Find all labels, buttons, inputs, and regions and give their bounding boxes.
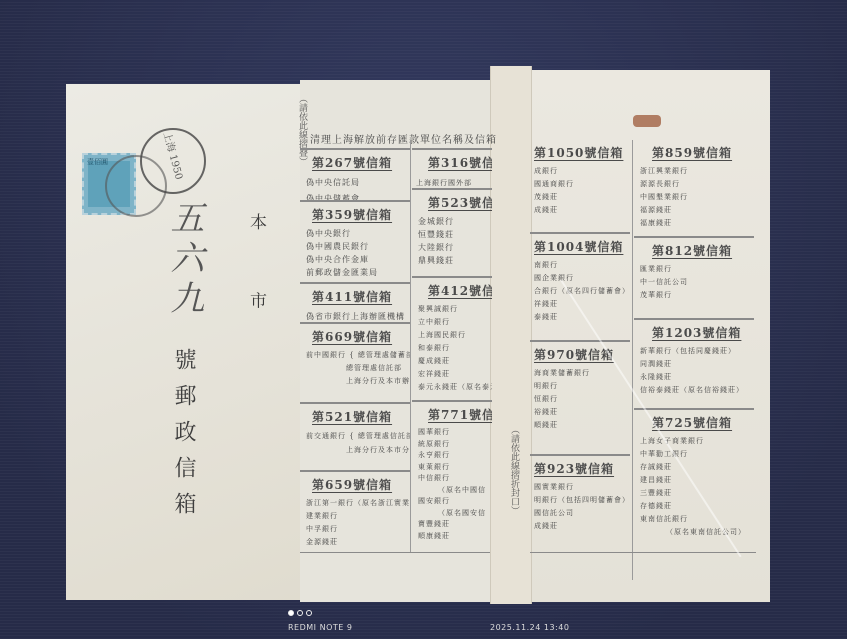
box-line: 前交通銀行 { 總管理處信託部 (306, 429, 410, 443)
box-1050: 第1050號信箱 成銀行 國通商銀行 茂錢莊 成錢莊 (530, 140, 630, 232)
box-line: 前中國銀行 { 總管理處儲蓄部 (306, 349, 410, 362)
form-header-title: 清理上海解放前存匯款單位名稱及信箱號 (310, 131, 496, 146)
box-lines: 前中國銀行 { 總管理處儲蓄部 總管理處信託部 上海分行及本市辦事處 (300, 345, 410, 388)
box-line: 中一信託公司 (640, 276, 754, 289)
box-line: 源源長銀行 (640, 178, 754, 191)
box-line: 國信託公司 (534, 507, 630, 520)
column-divider-right (632, 140, 633, 580)
box-title: 第1004號信箱 (530, 234, 630, 255)
box-812: 第812號信箱 匯業銀行 中一信託公司 茂華銀行 (634, 236, 754, 318)
box-line: 福源錢莊 (640, 204, 754, 217)
box-line: 偽中央銀行 (306, 227, 410, 240)
box-title: 第1203號信箱 (634, 320, 754, 341)
box-title: 第859號信箱 (634, 140, 754, 161)
box-line: 祥錢莊 (534, 298, 630, 311)
box-line: 國企業銀行 (534, 272, 630, 285)
box-line: 偽中央合作金庫 (306, 253, 410, 266)
handwritten-box-number: 五六九 (160, 200, 209, 320)
box-line: 金源錢莊 (306, 536, 410, 549)
box-title: 第359號信箱 (300, 202, 410, 223)
box-line: 上海女子商業銀行 (640, 435, 754, 448)
box-line: 成錢莊 (534, 204, 630, 217)
box-title: 第316號信箱 (412, 150, 492, 171)
box-line: 聚興誠銀行 (418, 303, 492, 316)
box-line: 慶成錢莊 (418, 355, 492, 368)
box-line: 永亨銀行 (418, 450, 492, 462)
box-659: 第659號信箱 浙江第一銀行（原名浙江實業） 建業銀行 中孚銀行 金源錢莊 (300, 470, 410, 554)
box-line: 福康錢莊 (640, 217, 754, 230)
box-title: 第669號信箱 (300, 324, 410, 345)
dot-icon (297, 610, 303, 616)
box-669: 第669號信箱 前中國銀行 { 總管理處儲蓄部 總管理處信託部 上海分行及本市辦… (300, 322, 410, 402)
box-line: 海商業儲蓄銀行 (534, 367, 630, 380)
box-line: 鼎興錢莊 (418, 254, 492, 267)
box-line: 偽中國農民銀行 (306, 240, 410, 253)
box-line: 國安銀行 (418, 496, 492, 508)
box-411: 第411號信箱 偽省市銀行上海辦匯機構 (300, 282, 410, 324)
box-line: 恒豐錢莊 (418, 228, 492, 241)
box-lines: 匯業銀行 中一信託公司 茂華銀行 (634, 259, 754, 302)
box-line: 和泰銀行 (418, 342, 492, 355)
column-divider (410, 140, 411, 552)
box-line: 總管理處信託部 (306, 362, 410, 375)
box-line: 金城銀行 (418, 215, 492, 228)
box-267: 第267號信箱 偽中央信託局 偽中央儲蓄會 (300, 148, 410, 200)
box-923: 第923號信箱 國實業銀行 明銀行（包括四明儲蓄會） 國信託公司 成錢莊 (530, 454, 630, 552)
box-line: 順錢莊 (534, 419, 630, 432)
box-line: 成銀行 (534, 165, 630, 178)
box-title: 第267號信箱 (300, 150, 410, 171)
box-412: 第412號信箱 聚興誠銀行 立中銀行 上海國民銀行 和泰銀行 慶成錢莊 宏祥錢莊… (412, 276, 492, 398)
dot-icon (306, 610, 312, 616)
box-1203: 第1203號信箱 新華銀行（包括同慶錢莊） 同潤錢莊 永隆錢莊 信裕泰錢莊（原名… (634, 318, 754, 408)
box-lines: 國實業銀行 明銀行（包括四明儲蓄會） 國信託公司 成錢莊 (530, 477, 630, 533)
box-line: 成錢莊 (534, 520, 630, 533)
form-bottom-rule (300, 552, 490, 593)
stamp-denomination: 壹佰圓 (87, 157, 108, 167)
form-bottom-rule-right (530, 552, 756, 583)
box-title: 第970號信箱 (530, 342, 630, 363)
box-line: 寶豐錢莊 (418, 519, 492, 531)
box-line: 明銀行 (534, 380, 630, 393)
box-line: 匯業銀行 (640, 263, 754, 276)
box-line: 國通商銀行 (534, 178, 630, 191)
box-725: 第725號信箱 上海女子商業銀行 中華勸工銀行 存誠錢莊 建昌錢莊 三豐錢莊 存… (634, 408, 754, 552)
box-line: （原名東南信託公司） (640, 526, 754, 539)
box-line: 浙江第一銀行（原名浙江實業） (306, 497, 410, 510)
box-line: 宏祥錢莊 (418, 368, 492, 381)
address-city: 本 市 (244, 213, 269, 336)
box-lines: 海商業儲蓄銀行 明銀行 恒銀行 裕錢莊 順錢莊 (530, 363, 630, 432)
box-359: 第359號信箱 偽中央銀行 偽中國農民銀行 偽中央合作金庫 前郵政儲金匯業局 (300, 200, 410, 284)
box-line: 永隆錢莊 (640, 371, 754, 384)
box-316: 第316號信箱 上海銀行國外部 (412, 148, 492, 188)
box-line: 順康錢莊 (418, 531, 492, 543)
box-521: 第521號信箱 前交通銀行 { 總管理處信託部 上海分行及本市分支機構 (300, 402, 410, 470)
box-lines: 浙江第一銀行（原名浙江實業） 建業銀行 中孚銀行 金源錢莊 (300, 493, 410, 549)
box-line: 茂錢莊 (534, 191, 630, 204)
box-lines: 金城銀行 恒豐錢莊 大陸銀行 鼎興錢莊 (412, 211, 492, 267)
box-line: 偽中央信託局 (306, 175, 410, 191)
camera-model: REDMI NOTE 9 (288, 623, 352, 632)
box-line: 上海國民銀行 (418, 329, 492, 342)
box-title: 第521號信箱 (300, 404, 410, 425)
box-title: 第771號信箱 (412, 402, 492, 423)
box-771: 第771號信箱 國華銀行 統原銀行 永亨銀行 東萊銀行 中信銀行 （原名中國信 … (412, 400, 492, 552)
box-line: 中華勸工銀行 (640, 448, 754, 461)
box-line: 茂華銀行 (640, 289, 754, 302)
box-title: 第523號信箱 (412, 190, 492, 211)
box-line: 國實業銀行 (534, 481, 630, 494)
box-line: 國華銀行 (418, 427, 492, 439)
box-line: 中國墾業銀行 (640, 191, 754, 204)
box-title: 第923號信箱 (530, 456, 630, 477)
box-line: （原名中國信 (418, 485, 492, 497)
rust-stain (633, 115, 661, 127)
box-lines: 國華銀行 統原銀行 永亨銀行 東萊銀行 中信銀行 （原名中國信 國安銀行 （原名… (412, 423, 492, 542)
camera-datetime: 2025.11.24 13:40 (490, 623, 569, 632)
box-line: 統原銀行 (418, 439, 492, 451)
box-line: 合銀行（原名四行儲蓄會） (534, 285, 630, 298)
box-title: 第1050號信箱 (530, 140, 630, 161)
box-1004: 第1004號信箱 南銀行 國企業銀行 合銀行（原名四行儲蓄會） 祥錢莊 泰錢莊 (530, 232, 630, 340)
box-line: 明銀行（包括四明儲蓄會） (534, 494, 630, 507)
box-lines: 偽中央銀行 偽中國農民銀行 偽中央合作金庫 前郵政儲金匯業局 (300, 223, 410, 279)
box-line: 浙江興業銀行 (640, 165, 754, 178)
box-970: 第970號信箱 海商業儲蓄銀行 明銀行 恒銀行 裕錢莊 順錢莊 (530, 340, 630, 454)
box-line: 恒銀行 (534, 393, 630, 406)
box-line: 建昌錢莊 (640, 474, 754, 487)
box-line: 大陸銀行 (418, 241, 492, 254)
box-line: （原名國安信 (418, 508, 492, 520)
box-line: 同潤錢莊 (640, 358, 754, 371)
box-title: 第812號信箱 (634, 238, 754, 259)
box-line: 建業銀行 (306, 510, 410, 523)
box-line: 上海分行及本市辦事處 (306, 375, 410, 388)
box-line: 裕錢莊 (534, 406, 630, 419)
box-859: 第859號信箱 浙江興業銀行 源源長銀行 中國墾業銀行 福源錢莊 福康錢莊 (634, 140, 754, 234)
box-line: 新華銀行（包括同慶錢莊） (640, 345, 754, 358)
box-lines: 浙江興業銀行 源源長銀行 中國墾業銀行 福源錢莊 福康錢莊 (634, 161, 754, 230)
box-line: 南銀行 (534, 259, 630, 272)
box-line: 東南信託銀行 (640, 513, 754, 526)
postmark: 上海 1950 (140, 128, 206, 194)
postmark-text: 上海 1950 (161, 130, 188, 181)
box-title: 第412號信箱 (412, 278, 492, 299)
box-title: 第411號信箱 (300, 284, 410, 305)
box-title: 第659號信箱 (300, 472, 410, 493)
box-line: 東萊銀行 (418, 462, 492, 474)
box-line: 存誠錢莊 (640, 461, 754, 474)
box-lines: 前交通銀行 { 總管理處信託部 上海分行及本市分支機構 (300, 425, 410, 457)
box-lines: 新華銀行（包括同慶錢莊） 同潤錢莊 永隆錢莊 信裕泰錢莊（原名信裕錢莊） (634, 341, 754, 397)
address-po-box: 號郵政信箱 (168, 348, 199, 528)
dot-icon (288, 610, 294, 616)
box-lines: 南銀行 國企業銀行 合銀行（原名四行儲蓄會） 祥錢莊 泰錢莊 (530, 255, 630, 324)
box-lines: 聚興誠銀行 立中銀行 上海國民銀行 和泰銀行 慶成錢莊 宏祥錢莊 泰元永錢莊（原… (412, 299, 492, 394)
box-line: 存德錢莊 (640, 500, 754, 513)
box-line: 立中銀行 (418, 316, 492, 329)
box-line: 上海分行及本市分支機構 (306, 443, 410, 457)
camera-watermark-dots (288, 610, 312, 616)
box-line: 信裕泰錢莊（原名信裕錢莊） (640, 384, 754, 397)
fold-note-bottom: （請依此線摺折封口） (508, 425, 521, 515)
folded-strip (490, 66, 532, 604)
box-523: 第523號信箱 金城銀行 恒豐錢莊 大陸銀行 鼎興錢莊 (412, 188, 492, 276)
box-lines: 成銀行 國通商銀行 茂錢莊 成錢莊 (530, 161, 630, 217)
box-line: 泰元永錢莊（原名泰元 (418, 381, 492, 394)
box-line: 前郵政儲金匯業局 (306, 266, 410, 279)
box-line: 中孚銀行 (306, 523, 410, 536)
box-line: 中信銀行 (418, 473, 492, 485)
